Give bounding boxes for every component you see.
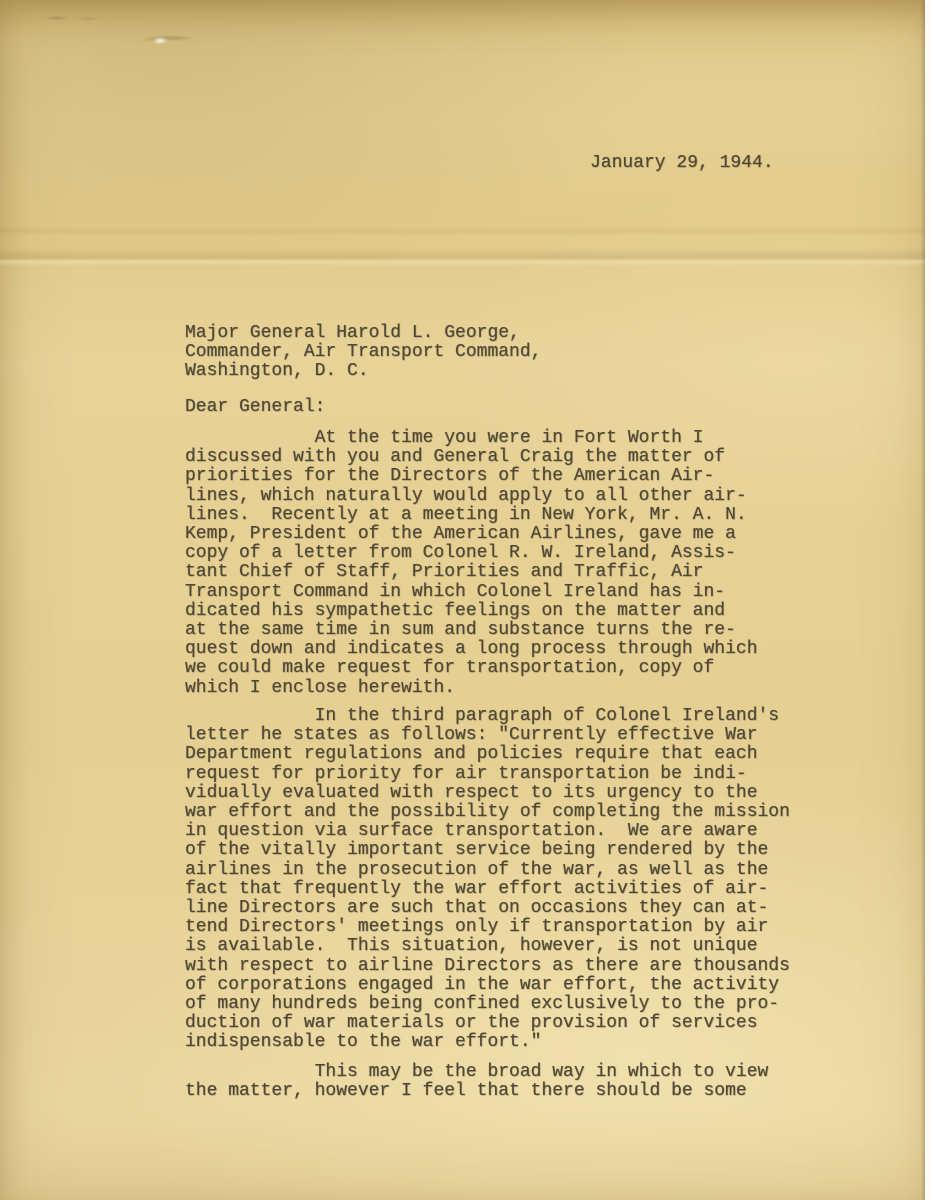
letter-paragraph-3: This may be the broad way in which to vi…: [185, 1063, 768, 1101]
paper-scratch-mark: [36, 14, 106, 22]
paper-dent-mark: [134, 30, 193, 48]
recipient-address: Major General Harold L. George, Commande…: [185, 324, 541, 382]
letter-page: January 29, 1944. Major General Harold L…: [0, 0, 931, 1200]
paper-crease-faint: [0, 226, 931, 236]
date-line: January 29, 1944.: [590, 154, 774, 173]
scan-edge: [925, 0, 931, 1200]
letter-paragraph-2: In the third paragraph of Colonel Irelan…: [185, 707, 790, 1053]
salutation: Dear General:: [185, 398, 325, 417]
letter-paragraph-1: At the time you were in Fort Worth I dis…: [185, 429, 758, 698]
paper-fold-crease: [0, 248, 931, 266]
